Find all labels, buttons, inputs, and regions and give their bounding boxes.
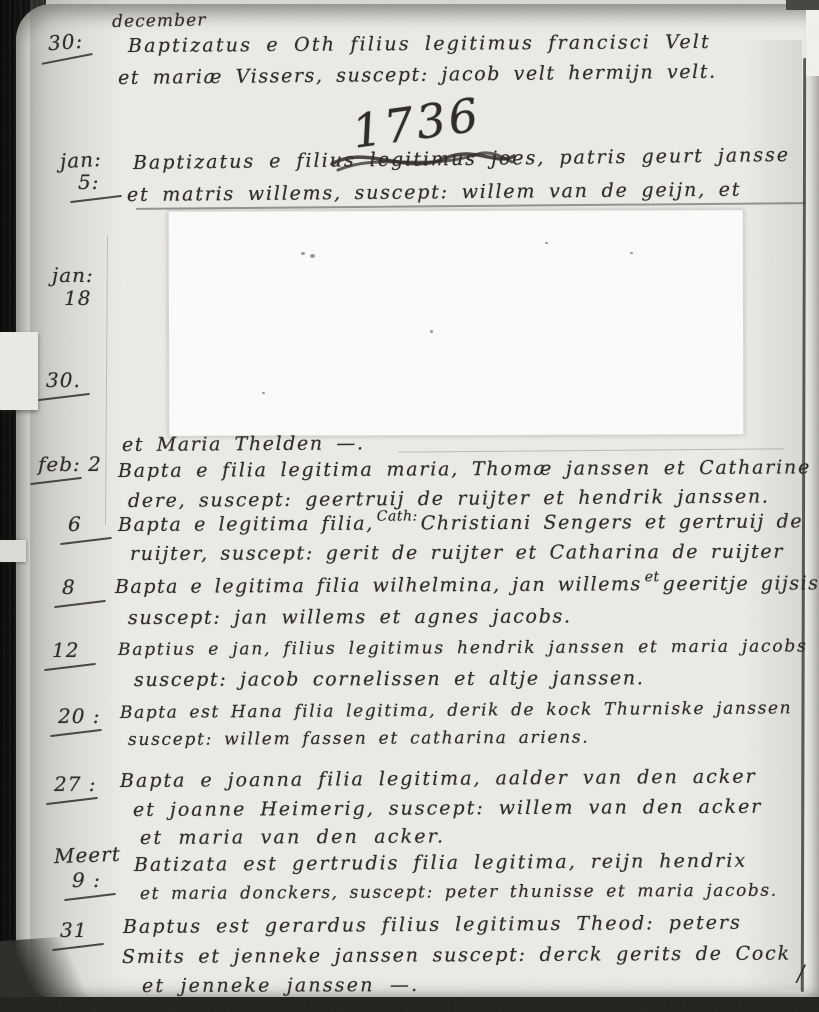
margin-date-6: 6 [68, 512, 82, 536]
entry-line-part: geeritje gijsis. [663, 572, 819, 595]
entry-line: ruijter, suscept: gerit de ruijter et Ca… [130, 541, 784, 565]
entry-line: suscept: jacob cornelissen et altje jans… [134, 667, 645, 691]
entry-line-part: Bapta e legitima filia wilhelmina, jan w… [115, 573, 642, 598]
entry-line: suscept: willem fassen et catharina arie… [128, 728, 590, 750]
entry-line: Bapta e legitima filia,Cath:Christiani S… [118, 510, 803, 536]
margin-date-jan-5: 5: [78, 170, 99, 194]
margin-date-27: 27 : [54, 772, 97, 796]
month-label-december: december [112, 10, 207, 32]
inserted-word: et [645, 569, 660, 585]
speck [310, 254, 315, 258]
slash-mark: / [797, 962, 804, 987]
entry-line: et maria donckers, suscept: peter thunis… [140, 881, 778, 904]
margin-date-feb-2: feb: 2 [38, 452, 102, 476]
speck [630, 252, 633, 254]
entry-line: Bapta e legitima filia wilhelmina, jan w… [115, 572, 819, 598]
inserted-word: Cath: [377, 508, 418, 524]
bookmark-tab [0, 332, 38, 410]
margin-date-20: 20 : [58, 704, 101, 728]
entry-line: Bapta e joanna filia legitima, aalder va… [120, 766, 757, 792]
entry-line: et jenneke janssen —. [142, 974, 419, 997]
margin-date-jan-18: 18 [64, 286, 91, 310]
margin-date-dec-30: 30: [47, 29, 84, 55]
month-label-jan: jan: [52, 263, 94, 287]
redaction-box [168, 209, 745, 437]
margin-date-9: 9 : [72, 868, 101, 892]
top-right-dark-edge [786, 0, 819, 10]
margin-date-8: 8 [62, 575, 76, 599]
entry-line: suscept: jan willems et agnes jacobs. [128, 605, 572, 629]
entry-line: Baptius e jan, filius legitimus hendrik … [118, 636, 808, 660]
entry-line: et maria van den acker. [140, 825, 445, 849]
entry-line: dere, suscept: geertruij de ruijter et h… [128, 486, 770, 512]
bottom-dark-edge [0, 997, 819, 1012]
entry-line: et joanne Heimerig, suscept: willem van … [133, 796, 762, 821]
bookmark-tab-small [0, 540, 26, 562]
speck [545, 242, 548, 244]
scanned-register-page: december 30: Baptizatus e Oth filius leg… [0, 0, 819, 1012]
entry-line: Baptus est gerardus filius legitimus The… [123, 912, 742, 938]
speck [262, 392, 265, 394]
entry-line-part: Bapta e legitima filia, [118, 513, 374, 536]
month-label-meert: Meert [54, 842, 122, 868]
speck [430, 330, 433, 333]
entry-line: et Maria Thelden —. [122, 432, 365, 456]
speck [301, 252, 305, 255]
top-right-corner [806, 10, 819, 76]
entry-line: Bapta e filia legitima maria, Thomæ jans… [118, 456, 811, 482]
entry-line: Baptizatus e Oth filius legitimus franci… [128, 31, 711, 57]
margin-date-30: 30. [46, 368, 81, 392]
entry-line: Batizata est gertrudis filia legitima, r… [134, 850, 747, 876]
margin-date-12: 12 [52, 638, 79, 662]
margin-date-31: 31 [60, 918, 87, 942]
entry-line-part: Christiani Sengers et gertruij de [421, 510, 804, 534]
entry-line: Smits et jenneke janssen suscept: derck … [122, 942, 791, 968]
